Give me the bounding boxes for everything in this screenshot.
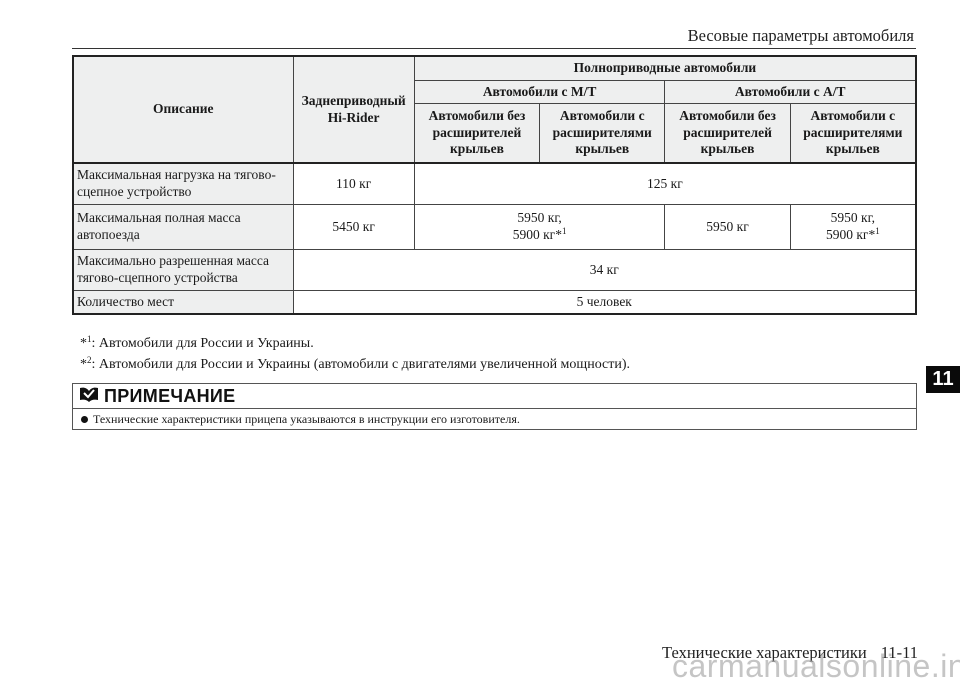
table-row: Количество мест 5 человек [73, 291, 916, 315]
footnote-text: : Автомобили для России и Украины (автом… [92, 357, 631, 372]
cell-rwd: 110 кг [293, 163, 414, 205]
note-title: ПРИМЕЧАНИЕ [104, 386, 235, 407]
page-header: Весовые параметры автомобиля [72, 26, 916, 49]
table-row: Максимально разрешенная масса тягово-сце… [73, 250, 916, 291]
row-label: Максимальная полная масса автопоезда [73, 205, 293, 250]
col-header-mt: Автомобили с M/T [414, 81, 665, 104]
footnotes: *1: Автомобили для России и Украины. *2:… [80, 333, 630, 375]
footnote-text: : Автомобили для России и Украины. [92, 336, 314, 351]
cell-at-with-line1: 5950 кг, [831, 210, 875, 225]
row-label: Максимально разрешенная масса тягово-сце… [73, 250, 293, 291]
col-header-at-with-ext: Автомобили с расширителями крыльев [790, 104, 916, 164]
cell-all: 34 кг [293, 250, 916, 291]
weight-spec-table: Описание Заднеприводный Hi-Rider Полнопр… [72, 55, 917, 315]
footnote: *2: Автомобили для России и Украины (авт… [80, 354, 630, 375]
col-header-awd: Полноприводные автомобили [414, 56, 916, 81]
note-text: Технические характеристики прицепа указы… [93, 412, 520, 427]
footnote-ref: 1 [562, 226, 567, 236]
bullet-icon [81, 416, 88, 423]
table-row: Максимальная нагрузка на тягово-сцепное … [73, 163, 916, 205]
cell-at-with-ext: 5950 кг, 5900 кг*1 [790, 205, 916, 250]
cell-at-with-line2: 5900 кг* [826, 227, 875, 242]
cell-at-without-ext: 5950 кг [665, 205, 790, 250]
chapter-tab[interactable]: 11 [926, 366, 960, 393]
table-row: Максимальная полная масса автопоезда 545… [73, 205, 916, 250]
footnote-ref: 1 [875, 226, 880, 236]
footnote-mark: * [80, 336, 87, 351]
cell-all: 5 человек [293, 291, 916, 315]
cell-mt: 5950 кг, 5900 кг*1 [414, 205, 665, 250]
page-title: Весовые параметры автомобиля [688, 26, 914, 46]
note-item: Технические характеристики прицепа указы… [73, 409, 916, 429]
watermark: carmanualsonline.info [672, 648, 960, 679]
col-header-at-without-ext: Автомобили без расширителей крыльев [665, 104, 790, 164]
row-label: Количество мест [73, 291, 293, 315]
note-box: ПРИМЕЧАНИЕ Технические характеристики пр… [72, 383, 917, 430]
col-header-mt-without-ext: Автомобили без расширителей крыльев [414, 104, 539, 164]
footnote: *1: Автомобили для России и Украины. [80, 333, 630, 354]
cell-rwd: 5450 кг [293, 205, 414, 250]
cell-mt-line1: 5950 кг, [517, 210, 561, 225]
note-header: ПРИМЕЧАНИЕ [73, 384, 916, 409]
open-book-check-icon [79, 386, 99, 407]
col-header-description: Описание [73, 56, 293, 163]
footnote-mark: * [80, 357, 87, 372]
row-label: Максимальная нагрузка на тягово-сцепное … [73, 163, 293, 205]
col-header-mt-with-ext: Автомобили с расширителями крыльев [540, 104, 665, 164]
col-header-rwd: Заднеприводный Hi-Rider [293, 56, 414, 163]
cell-awd: 125 кг [414, 163, 916, 205]
col-header-at: Автомобили с A/T [665, 81, 916, 104]
cell-mt-line2: 5900 кг* [513, 227, 562, 242]
